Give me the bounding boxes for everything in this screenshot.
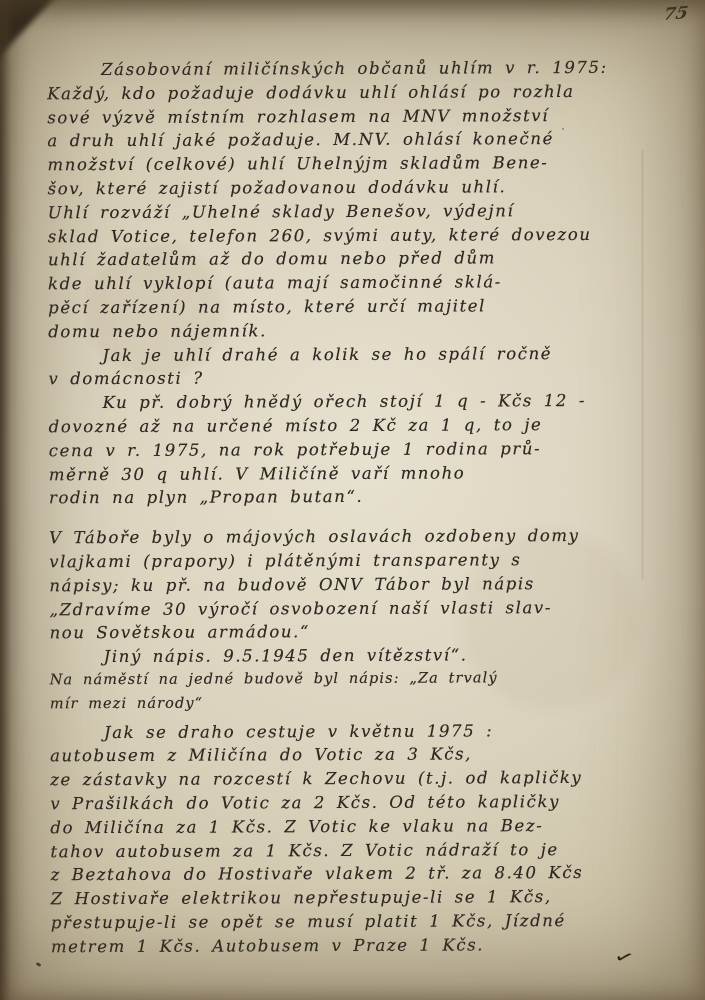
handwritten-line: do Miličína za 1 Kčs. Z Votic ke vlaku n…	[50, 813, 635, 839]
handwritten-line: Na náměstí na jedné budově byl nápis: „Z…	[50, 667, 635, 693]
ink-speck	[36, 962, 42, 967]
check-mark: ✓	[612, 946, 637, 970]
handwritten-line: pěcí zařízení) na místo, které určí maji…	[48, 294, 633, 320]
handwritten-line: mír mezi národy“	[50, 690, 635, 716]
handwritten-line: v domácnosti ?	[48, 365, 633, 391]
handwritten-line: z Beztahova do Hostivaře vlakem 2 tř. za…	[51, 861, 636, 887]
handwritten-line: a druh uhlí jaké požaduje. M.NV. ohlásí …	[47, 127, 632, 153]
section-tabor-may-celebrations: V Táboře byly o májových oslavách ozdobe…	[49, 524, 635, 717]
handwritten-line: Každý, kdo požaduje dodávku uhlí ohlásí …	[47, 80, 632, 106]
photo-corner-shadow	[0, 0, 58, 62]
handwritten-line: vlajkami (prapory) i plátěnými transpare…	[49, 548, 634, 574]
handwritten-line: dovozné až na určené místo 2 Kč za 1 q, …	[49, 413, 634, 439]
handwritten-line: sové výzvě místním rozhlasem na MNV množ…	[47, 103, 632, 129]
handwritten-line: nou Sovětskou armádou.“	[49, 619, 634, 645]
chronicle-page-photo: 75 Zásobování miličínských občanů uhlím …	[0, 0, 705, 1000]
handwritten-line: tahov autobusem za 1 Kčs. Z Votic nádraž…	[50, 837, 635, 863]
handwritten-line: sklad Votice, telefon 260, svými auty, k…	[48, 222, 633, 248]
handwritten-line: přestupuje-li se opět se musí platit 1 K…	[51, 909, 636, 935]
handwritten-line: ze zástavky na rozcestí k Zechovu (t.j. …	[50, 766, 635, 792]
handwritten-line: množství (celkové) uhlí Uhelnýjm skladům…	[47, 151, 632, 177]
handwritten-line: V Táboře byly o májových oslavách ozdobe…	[49, 524, 634, 550]
handwritten-line: nápisy; ku př. na budově ONV Tábor byl n…	[49, 571, 634, 597]
handwritten-line: uhlí žadatelům až do domu nebo před dům	[48, 246, 633, 272]
handwritten-text-block: Zásobování miličínských občanů uhlím v r…	[47, 56, 636, 959]
handwritten-line: Jak je uhlí drahé a kolik se ho spálí ro…	[48, 341, 633, 367]
handwritten-line: „Zdravíme 30 výročí osvobození naší vlas…	[49, 595, 634, 621]
handwritten-line: Jiný nápis. 9.5.1945 den vítězství“.	[50, 643, 635, 669]
handwritten-line: Z Hostivaře elektrikou nepřestupuje-li s…	[51, 885, 636, 911]
handwritten-line: v Prašilkách do Votic za 2 Kčs. Od této …	[50, 790, 635, 816]
handwritten-line: autobusem z Miličína do Votic za 3 Kčs,	[50, 742, 635, 768]
handwritten-line: měrně 30 q uhlí. V Miličíně vaří mnoho	[49, 460, 634, 486]
handwritten-line: Jak se draho cestuje v květnu 1975 :	[50, 718, 635, 744]
handwritten-line: Ku př. dobrý hnědý ořech stojí 1 q - Kčs…	[48, 389, 633, 415]
handwritten-line: rodin na plyn „Propan butan“.	[49, 484, 634, 510]
handwritten-line: metrem 1 Kčs. Autobusem v Praze 1 Kčs.	[51, 932, 636, 958]
handwritten-line: domu nebo nájemník.	[48, 317, 633, 343]
page-number: 75	[663, 3, 690, 25]
page-binding-edge	[0, 0, 11, 1000]
handwritten-line: Uhlí rozváží „Uhelné sklady Benešov, výd…	[48, 199, 633, 225]
handwritten-line: šov, které zajistí požadovanou dodávku u…	[48, 175, 633, 201]
section-travel-costs-1975: Jak se draho cestuje v květnu 1975 :auto…	[50, 718, 636, 959]
section-coal-supply: Zásobování miličínských občanů uhlím v r…	[47, 56, 634, 511]
handwritten-line: kde uhlí vyklopí (auta mají samočinné sk…	[48, 270, 633, 296]
handwritten-line: Zásobování miličínských občanů uhlím v r…	[47, 56, 632, 82]
handwritten-line: cena v r. 1975, na rok potřebuje 1 rodin…	[49, 436, 634, 462]
paper-crease	[642, 150, 643, 580]
